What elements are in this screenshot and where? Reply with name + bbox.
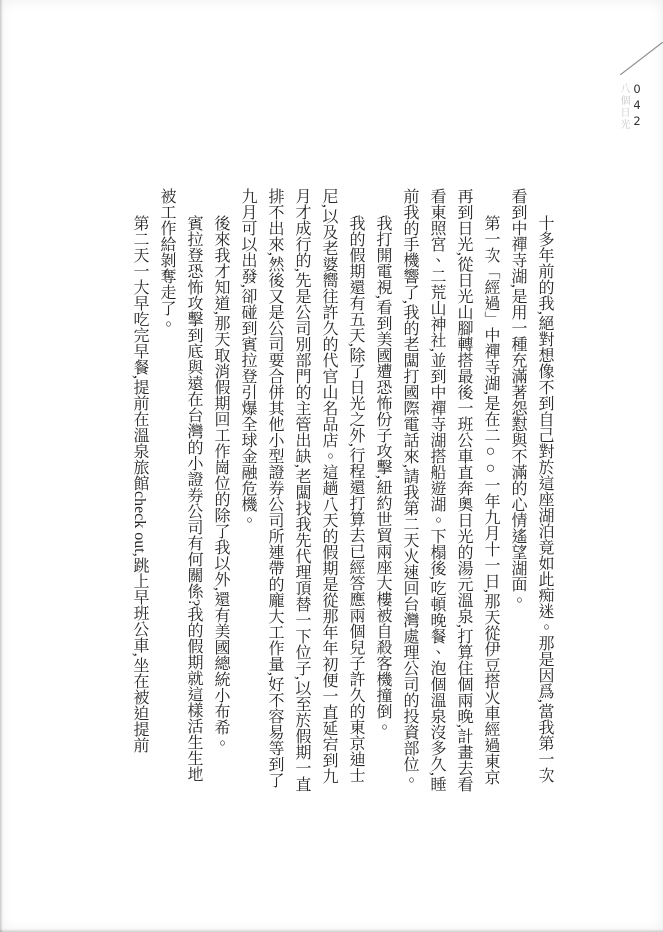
paragraph: 我打開電視,看到美國遭恐怖份子攻擊,紐約世貿兩座大樓被自殺客機撞倒。 [369,188,396,798]
book-page: 八個日光 042 十多年前的我,絕對想像不到自己對於這座湖泊竟如此痴迷。那是因爲… [0,0,663,932]
page-number: 042 [630,82,644,130]
paragraph: 賓拉登恐怖攻擊到底與遠在台灣的小證券公司有何關係?我的假期就這樣活生生地被工作給… [153,188,207,798]
paragraph: 第二天一大早吃完早餐,提前在溫泉旅館check out,跳上早班公車,坐在被迫提… [126,188,153,798]
paragraph: 十多年前的我,絕對想像不到自己對於這座湖泊竟如此痴迷。那是因爲,當我第一次看到中… [504,188,558,798]
paragraph: 第一次「經過」中禪寺湖,是在二○○一年九月十一日,那天從伊豆搭火車經過東京再到日… [396,188,504,798]
running-head-chapter-title: 八個日光 [616,83,631,131]
paragraph: 後來我才知道,那天取消假期回工作崗位的除了我以外,還有美國總統小布希。 [207,188,234,798]
body-text: 十多年前的我,絕對想像不到自己對於這座湖泊竟如此痴迷。那是因爲,當我第一次看到中… [126,188,558,798]
corner-diagonal-line [620,42,663,75]
scan-edge-left [0,0,3,932]
paragraph: 我的假期還有五天,除了日光之外,行程還打算去已經答應兩個兒子許久的東京迪士尼,以… [234,188,369,798]
